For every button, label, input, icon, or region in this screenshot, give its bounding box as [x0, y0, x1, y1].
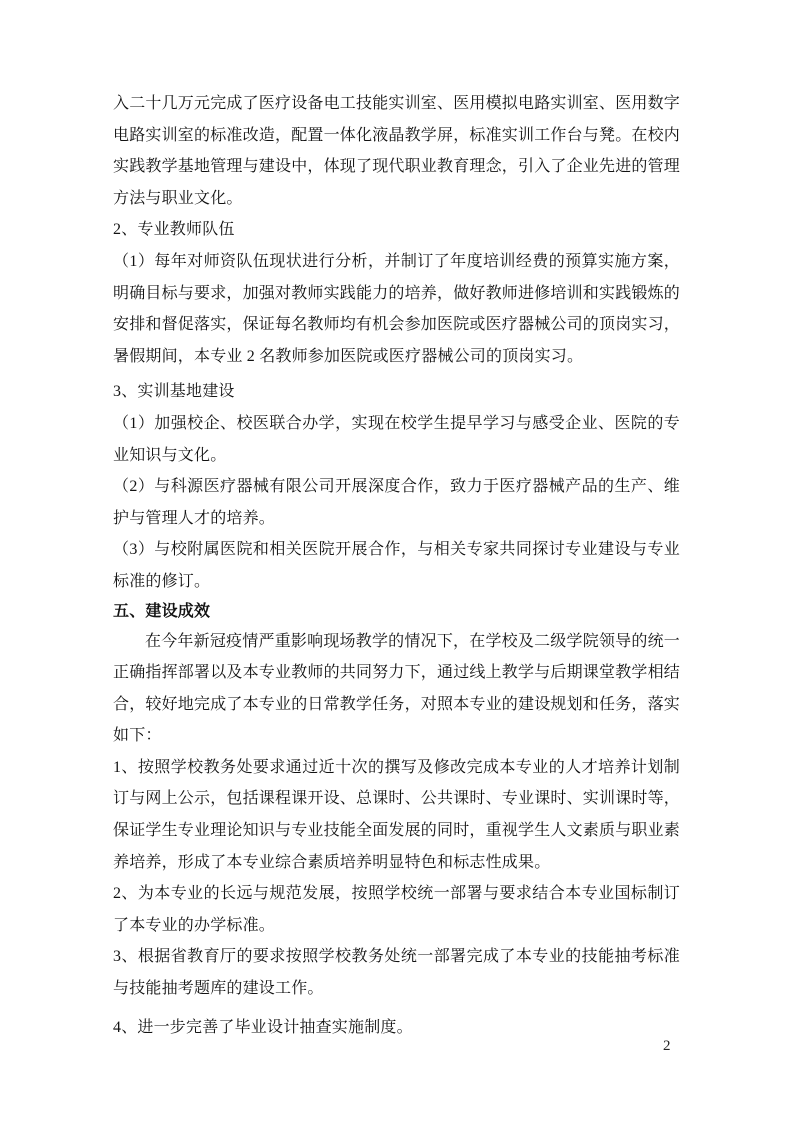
paragraph: 1、按照学校教务处要求通过近十次的撰写及修改完成本专业的人才培养计划制订与网上公…: [113, 752, 680, 878]
page-number: 2: [663, 1038, 671, 1054]
text-content: 入二十几万元完成了医疗设备电工技能实训室、医用模拟电路实训室、医用数字电路实训室…: [113, 88, 680, 1043]
section-heading-training-base: 3、实训基地建设: [113, 376, 680, 408]
paragraph: 4、进一步完善了毕业设计抽查实施制度。: [113, 1012, 680, 1044]
paragraph: （3）与校附属医院和相关医院开展合作，与相关专家共同探讨专业建设与专业标准的修订…: [113, 534, 680, 597]
paragraph: 3、根据省教育厅的要求按照学校教务处统一部署完成了本专业的技能抽考标准与技能抽考…: [113, 941, 680, 1004]
paragraph: （1）每年对师资队伍现状进行分析，并制订了年度培训经费的预算实施方案，明确目标与…: [113, 246, 680, 372]
section-heading-teachers: 2、专业教师队伍: [113, 214, 680, 246]
section-heading-results: 五、建设成效: [113, 598, 680, 626]
paragraph: 2、为本专业的长远与规范发展，按照学校统一部署与要求结合本专业国标制订了本专业的…: [113, 878, 680, 941]
paragraph: （1）加强校企、校医联合办学，实现在校学生提早学习与感受企业、医院的专业知识与文…: [113, 408, 680, 471]
paragraph: 在今年新冠疫情严重影响现场教学的情况下，在学校及二级学院领导的统一正确指挥部署以…: [113, 626, 680, 752]
paragraph-continuation: 入二十几万元完成了医疗设备电工技能实训室、医用模拟电路实训室、医用数字电路实训室…: [113, 88, 680, 214]
paragraph: （2）与科源医疗器械有限公司开展深度合作，致力于医疗器械产品的生产、维护与管理人…: [113, 471, 680, 534]
document-page: 入二十几万元完成了医疗设备电工技能实训室、医用模拟电路实训室、医用数字电路实训室…: [0, 0, 793, 1122]
